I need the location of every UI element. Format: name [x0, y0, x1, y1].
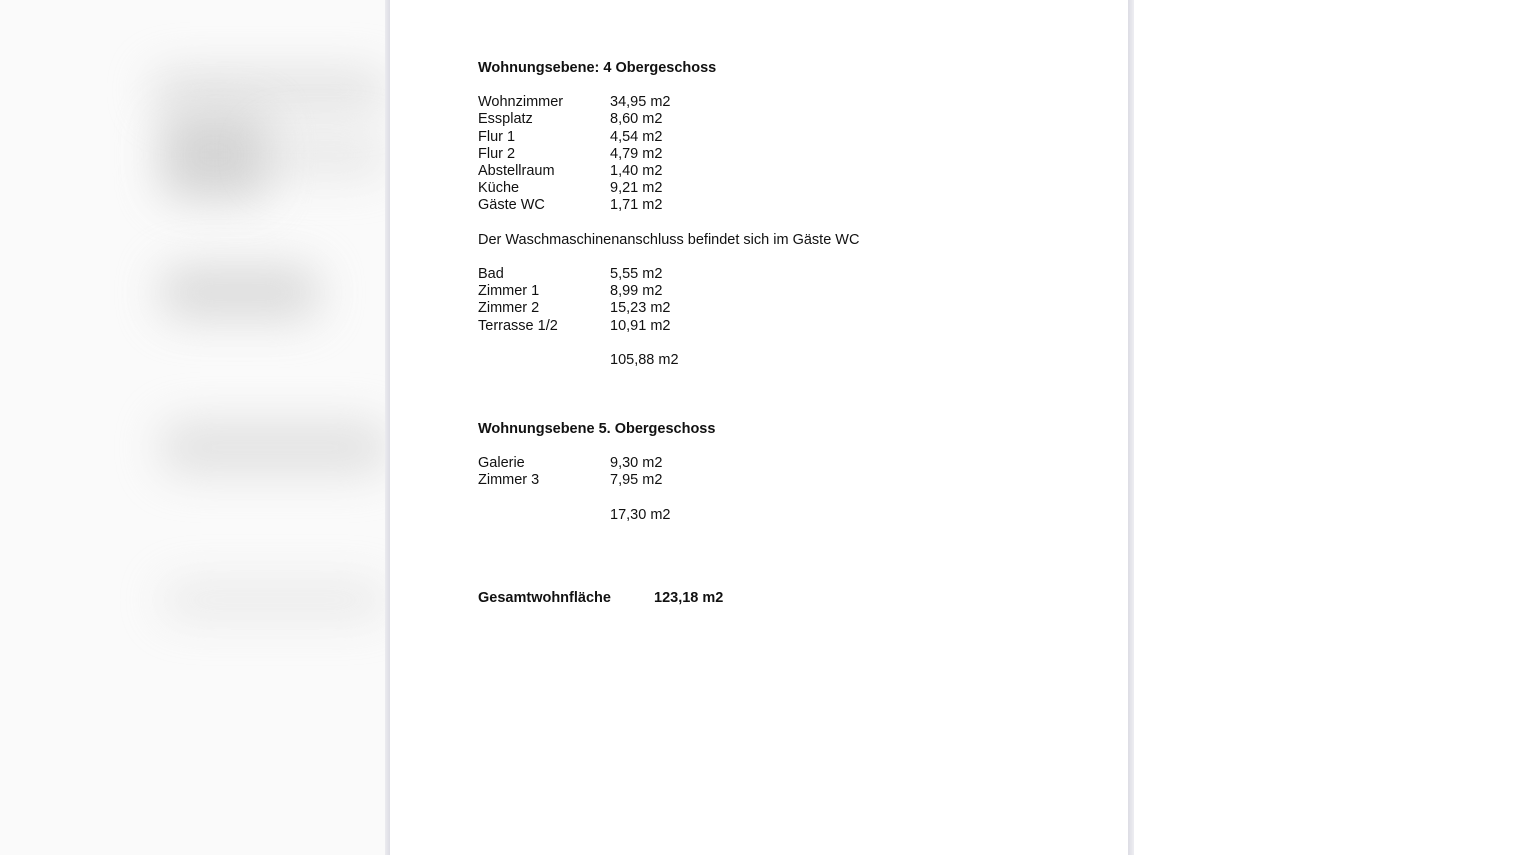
section-heading-5og: Wohnungsebene 5. Obergeschoss — [478, 421, 859, 438]
total-living-area: Gesamtwohnfläche 123,18 m2 — [478, 590, 859, 607]
room-list-4og-part1: Wohnzimmer34,95 m2Essplatz8,60 m2Flur 14… — [478, 94, 859, 214]
room-row: Zimmer 37,95 m2 — [478, 472, 859, 489]
right-margin-area — [1134, 0, 1520, 855]
subtotal-4og: 105,88 m2 — [478, 352, 859, 369]
room-list-4og-part2: Bad5,55 m2Zimmer 18,99 m2Zimmer 215,23 m… — [478, 266, 859, 335]
total-label: Gesamtwohnfläche — [478, 590, 654, 607]
room-area: 8,99 m2 — [610, 283, 662, 300]
room-row: Essplatz8,60 m2 — [478, 111, 859, 128]
room-row: Flur 14,54 m2 — [478, 129, 859, 146]
room-area: 10,91 m2 — [610, 318, 670, 335]
room-row: Küche9,21 m2 — [478, 180, 859, 197]
subtotal-value: 105,88 m2 — [610, 352, 679, 369]
room-row: Zimmer 18,99 m2 — [478, 283, 859, 300]
document-page: Wohnungsebene: 4 Obergeschoss Wohnzimmer… — [390, 0, 1128, 855]
document-content: Wohnungsebene: 4 Obergeschoss Wohnzimmer… — [478, 60, 859, 607]
room-area: 4,79 m2 — [610, 146, 662, 163]
subtotal-5og: 17,30 m2 — [478, 507, 859, 524]
room-name: Essplatz — [478, 111, 610, 128]
room-row: Wohnzimmer34,95 m2 — [478, 94, 859, 111]
room-name: Zimmer 3 — [478, 472, 610, 489]
room-area: 15,23 m2 — [610, 300, 670, 317]
room-name: Wohnzimmer — [478, 94, 610, 111]
room-list-5og: Galerie9,30 m2Zimmer 37,95 m2 — [478, 455, 859, 489]
blurred-background — [0, 0, 390, 855]
room-name: Flur 1 — [478, 129, 610, 146]
blurred-shape — [260, 130, 390, 180]
room-row: Abstellraum1,40 m2 — [478, 163, 859, 180]
room-name: Gäste WC — [478, 197, 610, 214]
blurred-shape — [150, 70, 390, 110]
room-name: Flur 2 — [478, 146, 610, 163]
room-area: 9,21 m2 — [610, 180, 662, 197]
room-area: 4,54 m2 — [610, 129, 662, 146]
blurred-shape — [160, 580, 390, 620]
total-value: 123,18 m2 — [654, 590, 723, 607]
blurred-shape — [160, 420, 390, 475]
room-area: 5,55 m2 — [610, 266, 662, 283]
room-name: Terrasse 1/2 — [478, 318, 610, 335]
room-area: 7,95 m2 — [610, 472, 662, 489]
room-name: Abstellraum — [478, 163, 610, 180]
subtotal-value: 17,30 m2 — [610, 507, 670, 524]
room-row: Galerie9,30 m2 — [478, 455, 859, 472]
room-name: Zimmer 1 — [478, 283, 610, 300]
blurred-shape — [160, 110, 270, 200]
room-row: Zimmer 215,23 m2 — [478, 300, 859, 317]
room-row: Gäste WC1,71 m2 — [478, 197, 859, 214]
room-area: 1,71 m2 — [610, 197, 662, 214]
room-area: 1,40 m2 — [610, 163, 662, 180]
room-name: Zimmer 2 — [478, 300, 610, 317]
room-row: Terrasse 1/210,91 m2 — [478, 318, 859, 335]
room-name: Bad — [478, 266, 610, 283]
washing-machine-note: Der Waschmaschinenanschluss befindet sic… — [478, 232, 859, 249]
room-name: Galerie — [478, 455, 610, 472]
room-row: Flur 24,79 m2 — [478, 146, 859, 163]
blurred-shape — [160, 265, 320, 320]
room-name: Küche — [478, 180, 610, 197]
room-area: 9,30 m2 — [610, 455, 662, 472]
room-row: Bad5,55 m2 — [478, 266, 859, 283]
room-area: 8,60 m2 — [610, 111, 662, 128]
section-heading-4og: Wohnungsebene: 4 Obergeschoss — [478, 60, 859, 77]
room-area: 34,95 m2 — [610, 94, 670, 111]
